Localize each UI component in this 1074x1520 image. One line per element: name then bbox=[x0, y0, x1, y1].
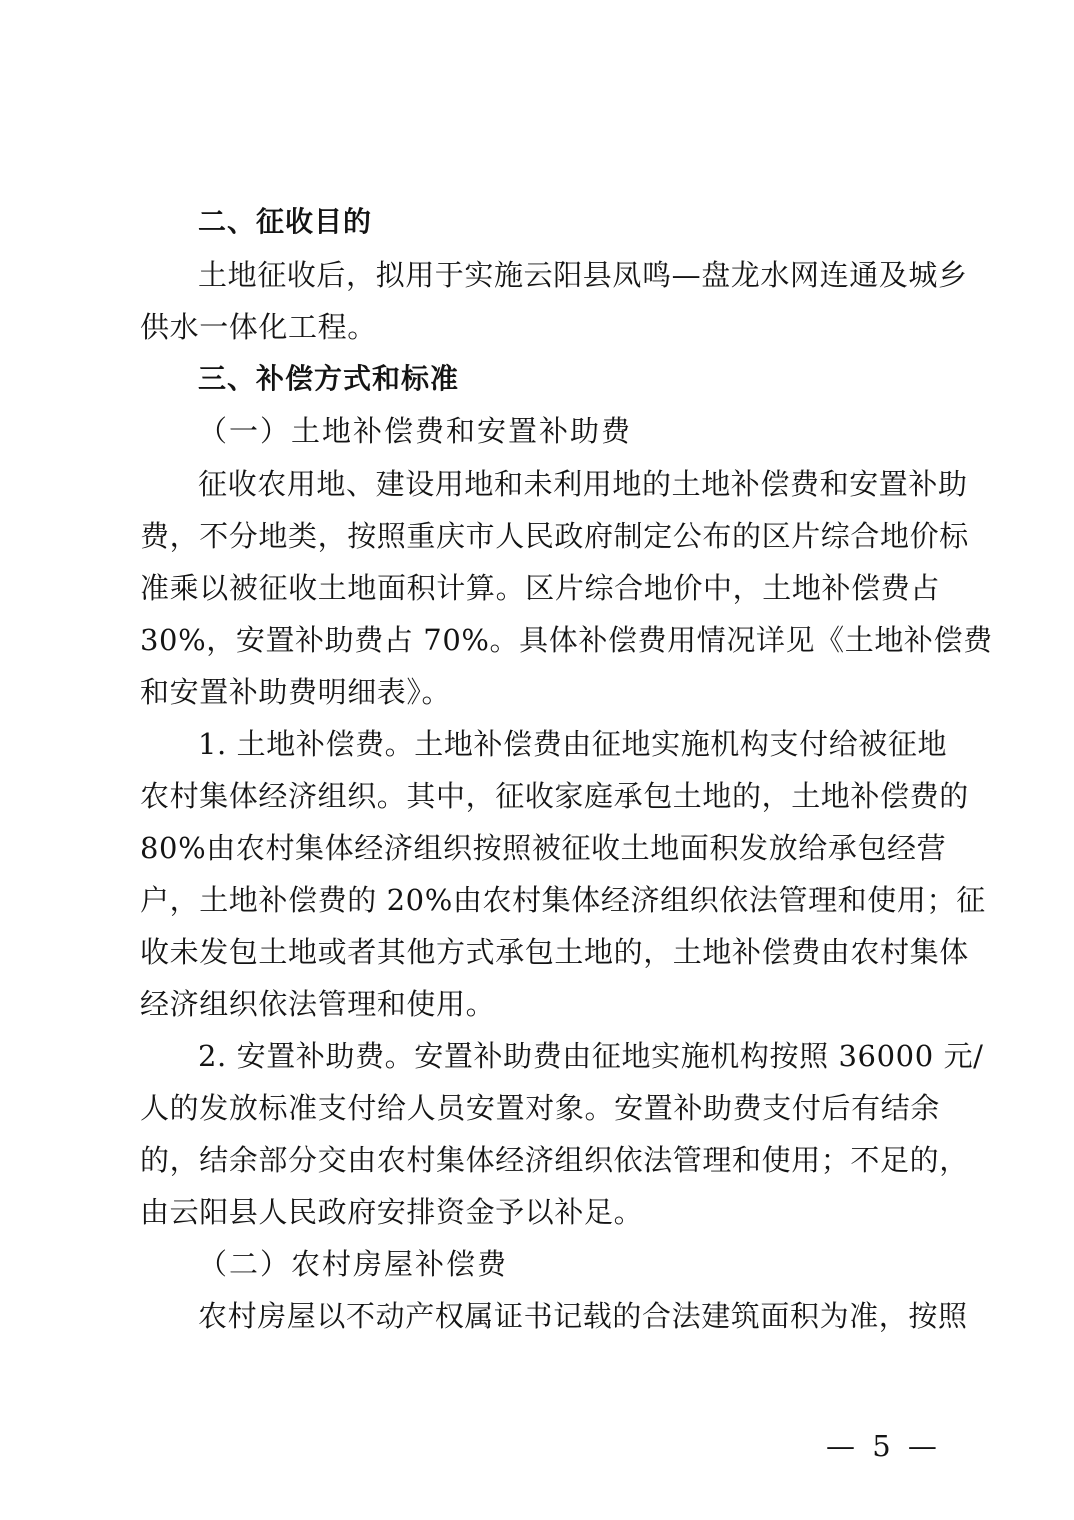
paragraph-line: 收未发包土地或者其他方式承包土地的，土地补偿费由农村集体 bbox=[140, 932, 940, 972]
paragraph-line: 人的发放标准支付给人员安置对象。安置补助费支付后有结余 bbox=[140, 1088, 940, 1128]
paragraph-line: 由云阳县人民政府安排资金予以补足。 bbox=[140, 1192, 940, 1232]
section-heading-purpose: 二、征收目的 bbox=[198, 202, 940, 242]
subsection-heading-housing: （二）农村房屋补偿费 bbox=[198, 1244, 940, 1284]
paragraph-line: 农村房屋以不动产权属证书记载的合法建筑面积为准，按照 bbox=[198, 1296, 940, 1336]
paragraph-line: 户，土地补偿费的 20%由农村集体经济组织依法管理和使用；征 bbox=[140, 880, 940, 920]
paragraph-line: 80%由农村集体经济组织按照被征收土地面积发放给承包经营 bbox=[140, 828, 940, 868]
paragraph-line: 费，不分地类，按照重庆市人民政府制定公布的区片综合地价标 bbox=[140, 516, 940, 556]
paragraph-line: 的，结余部分交由农村集体经济组织依法管理和使用；不足的， bbox=[140, 1140, 940, 1180]
paragraph-line: 30%，安置补助费占 70%。具体补偿费用情况详见《土地补偿费 bbox=[140, 620, 940, 660]
paragraph-line: 准乘以被征收土地面积计算。区片综合地价中，土地补偿费占 bbox=[140, 568, 940, 608]
subsection-heading-land-fees: （一）土地补偿费和安置补助费 bbox=[198, 411, 940, 451]
paragraph-line: 土地征收后，拟用于实施云阳县凤鸣—盘龙水网连通及城乡 bbox=[198, 255, 940, 295]
page-number: — 5 — bbox=[826, 1426, 941, 1466]
paragraph-line: 征收农用地、建设用地和未利用地的土地补偿费和安置补助 bbox=[198, 464, 940, 504]
paragraph-line: 和安置补助费明细表》。 bbox=[140, 672, 940, 712]
list-item-resettlement-subsidy: 2. 安置补助费。安置补助费由征地实施机构按照 36000 元/ bbox=[198, 1036, 940, 1076]
paragraph-line: 经济组织依法管理和使用。 bbox=[140, 984, 940, 1024]
section-heading-compensation: 三、补偿方式和标准 bbox=[198, 359, 940, 399]
list-item-land-compensation: 1. 土地补偿费。土地补偿费由征地实施机构支付给被征地 bbox=[198, 724, 940, 764]
paragraph-line: 农村集体经济组织。其中，征收家庭承包土地的，土地补偿费的 bbox=[140, 776, 940, 816]
document-page: 二、征收目的 土地征收后，拟用于实施云阳县凤鸣—盘龙水网连通及城乡 供水一体化工… bbox=[0, 0, 1074, 1520]
paragraph-line: 供水一体化工程。 bbox=[140, 307, 940, 347]
